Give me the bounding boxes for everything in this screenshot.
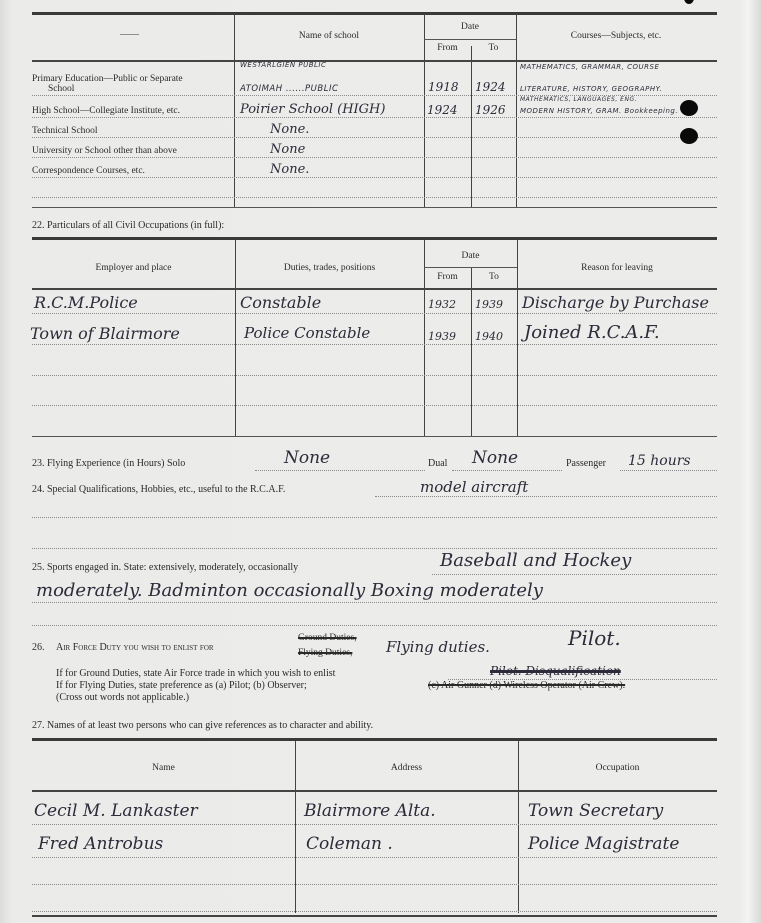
civil-row-dotted-line [32,375,717,376]
flying-pref-struck: (c) Air Gunner (d) Wireless Operator (Ai… [428,680,625,691]
civil-col-divider-2 [424,240,425,436]
references-table-bottom [32,915,717,917]
flying-dual-value: None [472,448,518,468]
edu-primary-courses: LITERATURE, HISTORY, GEOGRAPHY. [520,85,662,93]
ref-header-address: Address [295,763,518,773]
ref-row-1-occupation: Town Secretary [528,801,663,821]
special-qualifications-extra-line [32,517,717,518]
flying-passenger-line [620,470,717,471]
ref-row-dotted-line [32,857,717,858]
edu-high-school: Poirier School (HIGH) [240,102,385,117]
edu-row-dotted-line [32,157,717,158]
civil-header-to: To [471,272,517,282]
civil-header-bottom-line [32,288,717,290]
flying-solo-value: None [284,448,330,468]
enlistment-form-page: —— Name of school Date From To Courses—S… [0,0,761,923]
edu-correspondence-school: None. [270,162,309,177]
ground-trade-value: Pilot. Disqualification [490,664,621,678]
flying-pref-label: If for Flying Duties, state preference a… [56,680,307,691]
flying-solo-line [255,470,425,471]
sports-value-line2: moderately. Badminton occasionally Boxin… [36,580,543,601]
civil-occupations-title: 22. Particulars of all Civil Occupations… [32,220,224,231]
edu-header-bottom-line [32,60,717,62]
civil-row-2-from: 1939 [428,330,456,343]
references-title: 27. Names of at least two persons who ca… [32,720,373,731]
edu-table-bottom [32,207,717,208]
cross-out-note: (Cross out words not applicable.) [56,692,189,703]
option-ground-duties: Ground Duties, [298,633,357,643]
civil-header-duties: Duties, trades, positions [235,263,424,273]
civil-row-dotted-line [32,313,717,314]
edu-header-blank: —— [120,30,139,40]
civil-table-top-border [32,237,717,240]
civil-row-1-duties: Constable [240,293,321,312]
edu-primary-school-line1: WESTARLGIEN PUBLIC [240,61,326,69]
civil-header-employer: Employer and place [32,263,235,273]
civil-row-1-reason: Discharge by Purchase [522,293,709,312]
references-table-top-border [32,738,717,741]
option-flying-duties: Flying Duties, [298,648,352,658]
air-force-duty-number: 26. [32,642,45,653]
edu-primary-courses-line1: MATHEMATICS, GRAMMAR, COURSE [520,63,659,71]
air-force-duty-handwritten: Flying duties. [386,638,490,656]
ref-row-dotted-line [32,884,717,885]
edu-row-dotted-line [32,117,717,118]
ref-row-dotted-line [32,911,717,912]
air-force-duty-label: Air Force Duty you wish to enlist for [56,642,214,653]
edu-header-from: From [424,43,471,53]
civil-row-2-employer: Town of Blairmore [30,324,180,343]
edu-col-divider-1 [234,14,235,208]
civil-row-1-employer: R.C.M.Police [34,293,138,312]
civil-table-bottom [32,436,717,437]
civil-row-dotted-line [32,405,717,406]
flying-dual-label: Dual [428,458,447,469]
edu-header-date: Date [424,22,516,32]
ref-row-1-address: Blairmore Alta. [304,801,436,821]
civil-col-divider-3 [471,268,472,436]
civil-header-date: Date [424,251,517,261]
civil-row-1-from: 1932 [428,298,456,311]
edu-high-from: 1924 [427,103,458,117]
ref-row-2-address: Coleman . [306,834,393,854]
punch-hole [680,128,698,144]
ref-header-bottom-line [32,790,717,792]
edu-col-divider-3 [471,46,472,208]
edu-high-courses-line1: MATHEMATICS, LANGUAGES, ENG. [520,96,637,103]
ref-row-2-name: Fred Antrobus [38,834,163,854]
edu-university-school: None [270,142,305,157]
air-force-pref-handwritten: Pilot. [568,626,621,650]
civil-row-2-duties: Police Constable [244,324,370,342]
special-qualifications-label: 24. Special Qualifications, Hobbies, etc… [32,484,285,495]
ref-row-dotted-line [32,824,717,825]
edu-row-university-label: University or School other than above [32,146,177,156]
edu-row-primary-label-2: School [48,84,74,94]
table-top-border [32,12,717,15]
flying-dual-line [452,470,562,471]
flying-experience-label: 23. Flying Experience (in Hours) Solo [32,458,185,469]
ref-row-2-occupation: Police Magistrate [528,834,679,854]
sports-value-line1: Baseball and Hockey [440,550,631,571]
sports-label: 25. Sports engaged in. State: extensivel… [32,562,298,573]
sports-line-2 [32,602,717,603]
edu-technical-school: None. [270,122,309,137]
edu-col-divider-4 [516,14,517,208]
flying-passenger-label: Passenger [566,458,606,469]
sports-line-1 [432,574,717,575]
ref-header-occupation: Occupation [518,763,717,773]
edu-row-dotted-line [32,197,717,198]
edu-row-dotted-line [32,177,717,178]
civil-row-2-reason: Joined R.C.A.F. [524,322,660,343]
punch-hole [680,100,698,116]
edu-high-to: 1926 [475,103,506,117]
edu-primary-to: 1924 [475,80,506,94]
edu-high-courses: MODERN HISTORY, GRAM. Bookkeeping. [520,107,678,115]
special-qualifications-line [375,496,717,497]
civil-row-2-to: 1940 [475,330,503,343]
ref-row-1-name: Cecil M. Lankaster [34,801,198,821]
edu-header-courses: Courses—Subjects, etc. [516,31,716,41]
edu-date-subheader-line [424,39,516,40]
civil-header-from: From [424,272,471,282]
ref-header-name: Name [32,763,295,773]
special-qualifications-extra-line [32,548,717,549]
special-qualifications-value: model aircraft [420,478,528,496]
edu-row-primary-label: Primary Education—Public or Separate [32,74,183,84]
edu-primary-school: ATOIMAH ......PUBLIC [240,84,338,94]
edu-row-dotted-line [32,137,717,138]
edu-row-high-label: High School—Collegiate Institute, etc. [32,106,180,116]
ground-trade-label: If for Ground Duties, state Air Force tr… [56,668,335,679]
flying-passenger-value: 15 hours [628,453,691,469]
edu-header-to: To [471,43,516,53]
edu-row-correspondence-label: Correspondence Courses, etc. [32,166,145,176]
civil-header-reason: Reason for leaving [517,263,717,273]
civil-row-dotted-line [32,344,717,345]
edu-primary-from: 1918 [428,80,459,94]
edu-row-technical-label: Technical School [32,126,98,136]
civil-date-subheader-line [424,267,517,268]
edu-header-school: Name of school [234,31,424,41]
civil-row-1-to: 1939 [475,298,503,311]
punch-hole [684,0,694,4]
